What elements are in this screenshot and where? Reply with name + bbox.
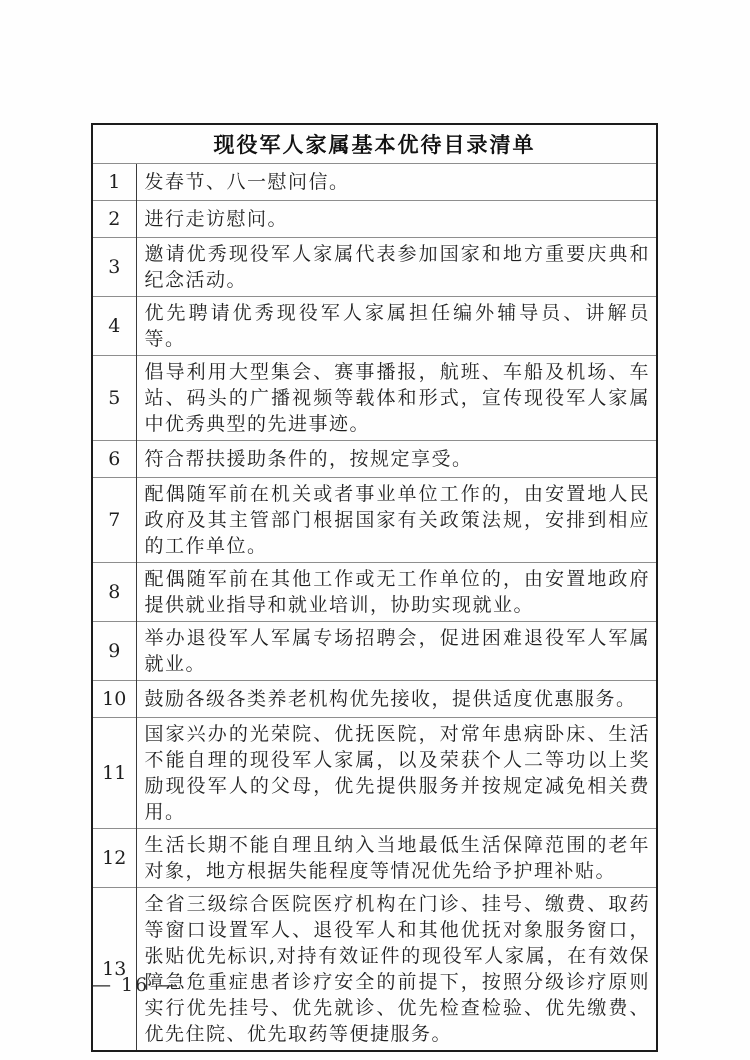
table-row: 1 发春节、八一慰问信。 <box>92 163 657 200</box>
row-number: 5 <box>92 355 136 440</box>
table-row: 10 鼓励各级各类养老机构优先接收，提供适度优惠服务。 <box>92 680 657 717</box>
row-text: 优先聘请优秀现役军人家属担任编外辅导员、讲解员等。 <box>136 296 657 355</box>
row-number: 4 <box>92 296 136 355</box>
row-number: 8 <box>92 562 136 621</box>
table-row: 13 全省三级综合医院医疗机构在门诊、挂号、缴费、取药等窗口设置军人、退役军人和… <box>92 887 657 1051</box>
row-number: 3 <box>92 237 136 296</box>
table-title: 现役军人家属基本优待目录清单 <box>92 124 657 163</box>
row-text: 配偶随军前在其他工作或无工作单位的，由安置地政府提供就业指导和就业培训，协助实现… <box>136 562 657 621</box>
page-number: — 16 — <box>92 974 178 996</box>
row-number: 1 <box>92 163 136 200</box>
row-text: 发春节、八一慰问信。 <box>136 163 657 200</box>
row-text: 生活长期不能自理且纳入当地最低生活保障范围的老年对象，地方根据失能程度等情况优先… <box>136 828 657 887</box>
row-text: 倡导利用大型集会、赛事播报，航班、车船及机场、车站、码头的广播视频等载体和形式，… <box>136 355 657 440</box>
row-text: 举办退役军人军属专场招聘会，促进困难退役军人军属就业。 <box>136 621 657 680</box>
row-text: 进行走访慰问。 <box>136 200 657 237</box>
row-text: 邀请优秀现役军人家属代表参加国家和地方重要庆典和纪念活动。 <box>136 237 657 296</box>
table-row: 2 进行走访慰问。 <box>92 200 657 237</box>
table-row: 9 举办退役军人军属专场招聘会，促进困难退役军人军属就业。 <box>92 621 657 680</box>
table-row: 7 配偶随军前在机关或者事业单位工作的，由安置地人民政府及其主管部门根据国家有关… <box>92 477 657 562</box>
row-number: 11 <box>92 717 136 828</box>
row-text: 配偶随军前在机关或者事业单位工作的，由安置地人民政府及其主管部门根据国家有关政策… <box>136 477 657 562</box>
row-number: 7 <box>92 477 136 562</box>
row-text: 符合帮扶援助条件的，按规定享受。 <box>136 440 657 477</box>
row-number: 6 <box>92 440 136 477</box>
benefits-catalog-table: 现役军人家属基本优待目录清单 1 发春节、八一慰问信。 2 进行走访慰问。 3 … <box>91 123 658 1052</box>
table-row: 5 倡导利用大型集会、赛事播报，航班、车船及机场、车站、码头的广播视频等载体和形… <box>92 355 657 440</box>
table-row: 6 符合帮扶援助条件的，按规定享受。 <box>92 440 657 477</box>
table-row: 3 邀请优秀现役军人家属代表参加国家和地方重要庆典和纪念活动。 <box>92 237 657 296</box>
row-number: 13 <box>92 887 136 1051</box>
row-number: 2 <box>92 200 136 237</box>
table-row: 11 国家兴办的光荣院、优抚医院，对常年患病卧床、生活不能自理的现役军人家属，以… <box>92 717 657 828</box>
row-number: 10 <box>92 680 136 717</box>
row-number: 9 <box>92 621 136 680</box>
table-title-row: 现役军人家属基本优待目录清单 <box>92 124 657 163</box>
table-row: 8 配偶随军前在其他工作或无工作单位的，由安置地政府提供就业指导和就业培训，协助… <box>92 562 657 621</box>
row-text: 国家兴办的光荣院、优抚医院，对常年患病卧床、生活不能自理的现役军人家属，以及荣获… <box>136 717 657 828</box>
table-row: 12 生活长期不能自理且纳入当地最低生活保障范围的老年对象，地方根据失能程度等情… <box>92 828 657 887</box>
table-row: 4 优先聘请优秀现役军人家属担任编外辅导员、讲解员等。 <box>92 296 657 355</box>
document-page: 现役军人家属基本优待目录清单 1 发春节、八一慰问信。 2 进行走访慰问。 3 … <box>0 0 750 1060</box>
row-number: 12 <box>92 828 136 887</box>
row-text: 鼓励各级各类养老机构优先接收，提供适度优惠服务。 <box>136 680 657 717</box>
row-text: 全省三级综合医院医疗机构在门诊、挂号、缴费、取药等窗口设置军人、退役军人和其他优… <box>136 887 657 1051</box>
